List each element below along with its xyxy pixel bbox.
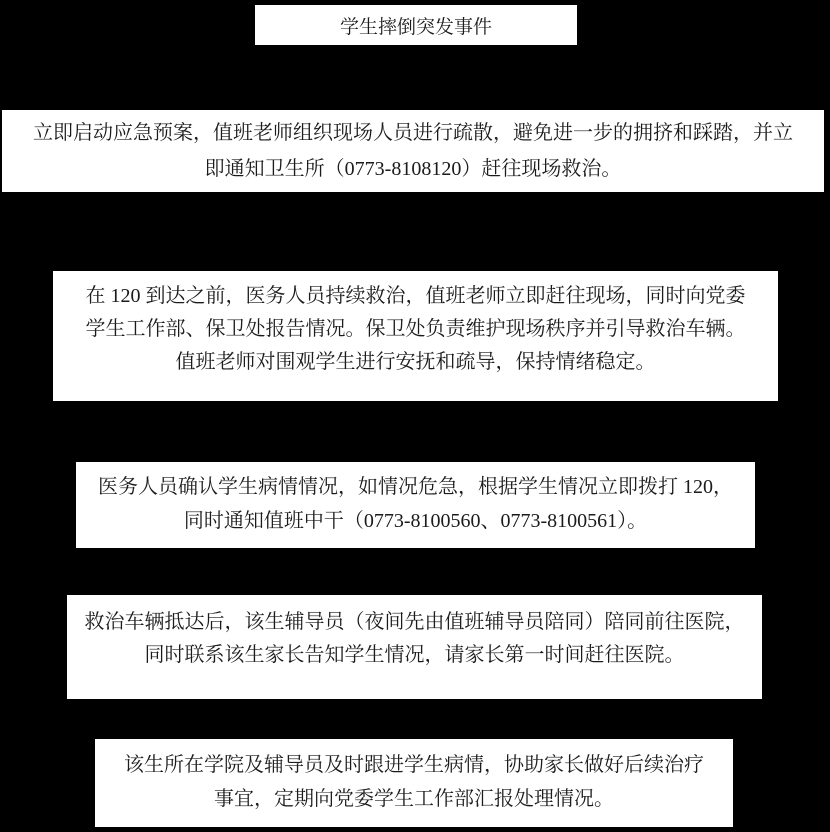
step-4-line-2: 同时联系该生家长告知学生情况，请家长第一时间赶往医院。 — [67, 639, 762, 672]
step-3-line-1: 医务人员确认学生病情情况，如情况危急，根据学生情况立即拨打 120， — [76, 470, 755, 504]
flowchart-page: { "canvas": { "background_color": "#0000… — [0, 0, 830, 832]
flowchart-title-box: 学生摔倒突发事件 — [255, 5, 577, 45]
step-1-line-1: 立即启动应急预案，值班老师组织现场人员进行疏散，避免进一步的拥挤和踩踏，并立 — [2, 115, 824, 151]
step-5-line-2: 事宜，定期向党委学生工作部汇报处理情况。 — [95, 782, 733, 816]
step-1-line-2: 即通知卫生所（0773-8108120）赶往现场救治。 — [2, 151, 824, 187]
step-box-1: 立即启动应急预案，值班老师组织现场人员进行疏散，避免进一步的拥挤和踩踏，并立 即… — [2, 110, 824, 192]
step-2-line-1: 在 120 到达之前，医务人员持续救治，值班老师立即赶往现场，同时向党委 — [53, 280, 778, 313]
step-5-line-1: 该生所在学院及辅导员及时跟进学生病情，协助家长做好后续治疗 — [95, 748, 733, 782]
step-box-5: 该生所在学院及辅导员及时跟进学生病情，协助家长做好后续治疗 事宜，定期向党委学生… — [95, 739, 733, 827]
step-box-4: 救治车辆抵达后，该生辅导员（夜间先由值班辅导员陪同）陪同前往医院， 同时联系该生… — [67, 595, 762, 699]
flowchart-title: 学生摔倒突发事件 — [340, 12, 492, 39]
step-4-line-1: 救治车辆抵达后，该生辅导员（夜间先由值班辅导员陪同）陪同前往医院， — [67, 606, 762, 639]
step-2-line-2: 学生工作部、保卫处报告情况。保卫处负责维护现场秩序并引导救治车辆。 — [53, 313, 778, 346]
step-box-3: 医务人员确认学生病情情况，如情况危急，根据学生情况立即拨打 120， 同时通知值… — [76, 462, 755, 548]
step-box-2: 在 120 到达之前，医务人员持续救治，值班老师立即赶往现场，同时向党委 学生工… — [53, 271, 778, 401]
step-3-line-2: 同时通知值班中干（0773-8100560、0773-8100561）。 — [76, 504, 755, 538]
step-2-line-3: 值班老师对围观学生进行安抚和疏导，保持情绪稳定。 — [53, 346, 778, 379]
